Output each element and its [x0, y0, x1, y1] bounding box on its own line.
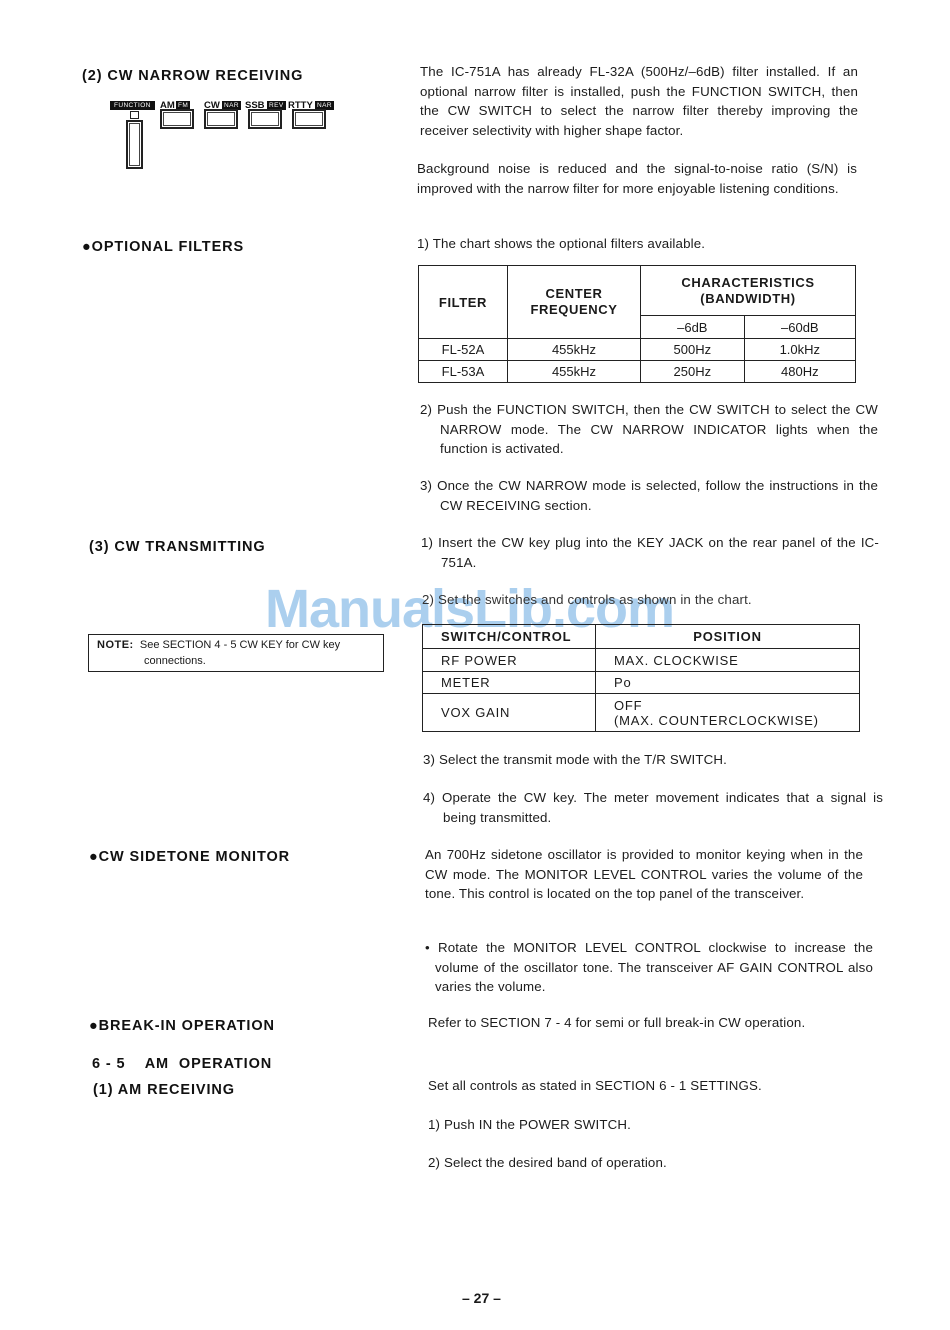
sidetone-bullet: • Rotate the MONITOR LEVEL CONTROL clock…	[425, 938, 873, 997]
rtty-button	[292, 109, 326, 129]
col-filter: FILTER	[419, 266, 508, 339]
cell-control: VOX GAIN	[423, 694, 596, 732]
am-fm-button	[160, 109, 194, 129]
function-switch	[126, 120, 143, 169]
function-tag: FUNCTION	[110, 101, 155, 110]
intro-paragraph: The IC-751A has already FL-32A (500Hz/–6…	[420, 62, 858, 140]
switch-settings-table: SWITCH/CONTROL POSITION RF POWER MAX. CL…	[422, 624, 860, 732]
am-receiving-heading: (1) AM RECEIVING	[93, 1082, 235, 1098]
cell-center: 455kHz	[508, 361, 641, 383]
cell-position: OFF(MAX. COUNTERCLOCKWISE)	[596, 694, 860, 732]
am-step-2: 2) Select the desired band of operation.	[428, 1153, 858, 1173]
col-characteristics: CHARACTERISTICS(BANDWIDTH)	[641, 266, 856, 316]
col-switch-control: SWITCH/CONTROL	[423, 625, 596, 649]
cell-bw6: 500Hz	[641, 339, 745, 361]
cell-filter: FL-53A	[419, 361, 508, 383]
col-minus60db: –60dB	[744, 316, 855, 339]
cw-sidetone-monitor-heading: ●CW SIDETONE MONITOR	[89, 849, 290, 865]
cell-bw60: 480Hz	[744, 361, 855, 383]
cell-position: Po	[596, 672, 860, 694]
table-row: RF POWER MAX. CLOCKWISE	[423, 649, 860, 672]
col-center-frequency: CENTER FREQUENCY	[508, 266, 641, 339]
note-text-cont: connections.	[97, 653, 383, 669]
tx-step-2: 2) Set the switches and controls as show…	[422, 590, 880, 610]
optional-filters-heading: ●OPTIONAL FILTERS	[82, 239, 244, 255]
filters-step-1: 1) The chart shows the optional filters …	[417, 234, 857, 254]
page-number: – 27 –	[462, 1290, 501, 1306]
cw-button	[204, 109, 238, 129]
breakin-paragraph: Refer to SECTION 7 - 4 for semi or full …	[428, 1013, 858, 1033]
am-operation-heading: 6 - 5 AM OPERATION	[92, 1056, 272, 1072]
cw-narrow-receiving-heading: (2) CW NARROW RECEIVING	[82, 68, 303, 84]
filters-step-3: 3) Once the CW NARROW mode is selected, …	[420, 476, 878, 515]
note-box: NOTE: See SECTION 4 - 5 CW KEY for CW ke…	[88, 634, 384, 672]
cell-filter: FL-52A	[419, 339, 508, 361]
table-row: FL-53A 455kHz 250Hz 480Hz	[419, 361, 856, 383]
sidetone-paragraph: An 700Hz sidetone oscillator is provided…	[425, 845, 863, 904]
front-panel-diagram: FUNCTION AM FM CW NAR SSB REV RTTY NAR	[110, 100, 340, 175]
cell-control: METER	[423, 672, 596, 694]
col-minus6db: –6dB	[641, 316, 745, 339]
filters-step-2: 2) Push the FUNCTION SWITCH, then the CW…	[420, 400, 878, 459]
function-indicator-led	[130, 111, 139, 119]
am-intro: Set all controls as stated in SECTION 6 …	[428, 1076, 858, 1096]
am-step-1: 1) Push IN the POWER SWITCH.	[428, 1115, 858, 1135]
note-label: NOTE:	[97, 639, 134, 651]
cell-bw60: 1.0kHz	[744, 339, 855, 361]
table-row: VOX GAIN OFF(MAX. COUNTERCLOCKWISE)	[423, 694, 860, 732]
tx-step-1: 1) Insert the CW key plug into the KEY J…	[421, 533, 879, 572]
tx-step-3: 3) Select the transmit mode with the T/R…	[423, 750, 881, 770]
optional-filters-table: FILTER CENTER FREQUENCY CHARACTERISTICS(…	[418, 265, 856, 383]
tx-step-4: 4) Operate the CW key. The meter movemen…	[423, 788, 883, 827]
col-position: POSITION	[596, 625, 860, 649]
break-in-operation-heading: ●BREAK-IN OPERATION	[89, 1018, 275, 1034]
cw-transmitting-heading: (3) CW TRANSMITTING	[89, 539, 266, 555]
note-text: See SECTION 4 - 5 CW KEY for CW key	[140, 639, 340, 651]
cell-control: RF POWER	[423, 649, 596, 672]
noise-paragraph: Background noise is reduced and the sign…	[417, 159, 857, 198]
ssb-button	[248, 109, 282, 129]
cell-center: 455kHz	[508, 339, 641, 361]
cell-position: MAX. CLOCKWISE	[596, 649, 860, 672]
table-row: METER Po	[423, 672, 860, 694]
cell-bw6: 250Hz	[641, 361, 745, 383]
table-row: FL-52A 455kHz 500Hz 1.0kHz	[419, 339, 856, 361]
